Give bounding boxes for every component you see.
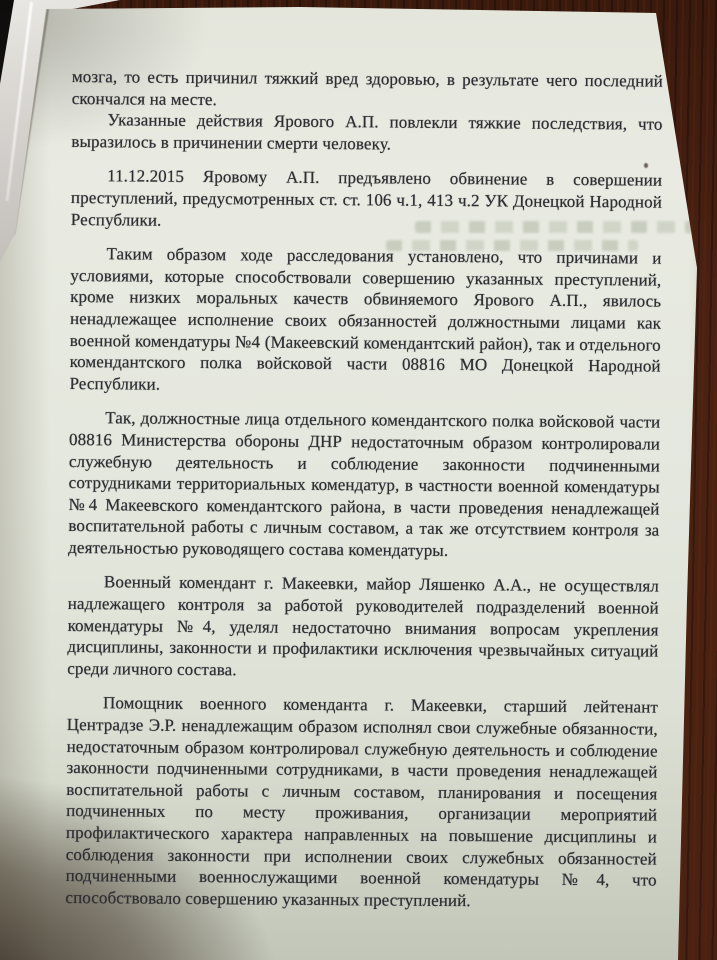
paragraph: мозга, то есть причинил тяжкий вред здор… [72,66,663,114]
paragraph: 11.12.2015 Яровому А.П. предъявлено обви… [71,165,662,234]
photo-scene: мозга, то есть причинил тяжкий вред здор… [0,0,717,960]
paragraph: Военный комендант г. Макеевки, майор Ляш… [67,571,659,684]
paragraph: Указанные действия Ярового А.П. повлекли… [71,109,662,157]
paragraph: Так, должностные лица отдельного коменда… [68,407,660,563]
document-page: мозга, то есть причинил тяжкий вред здор… [0,0,717,960]
paragraph: Помощник военного коменданта г. Макеевки… [65,692,658,913]
paragraph: Таким образом ходе расследования установ… [69,243,661,399]
document-text: мозга, то есть причинил тяжкий вред здор… [65,66,663,913]
